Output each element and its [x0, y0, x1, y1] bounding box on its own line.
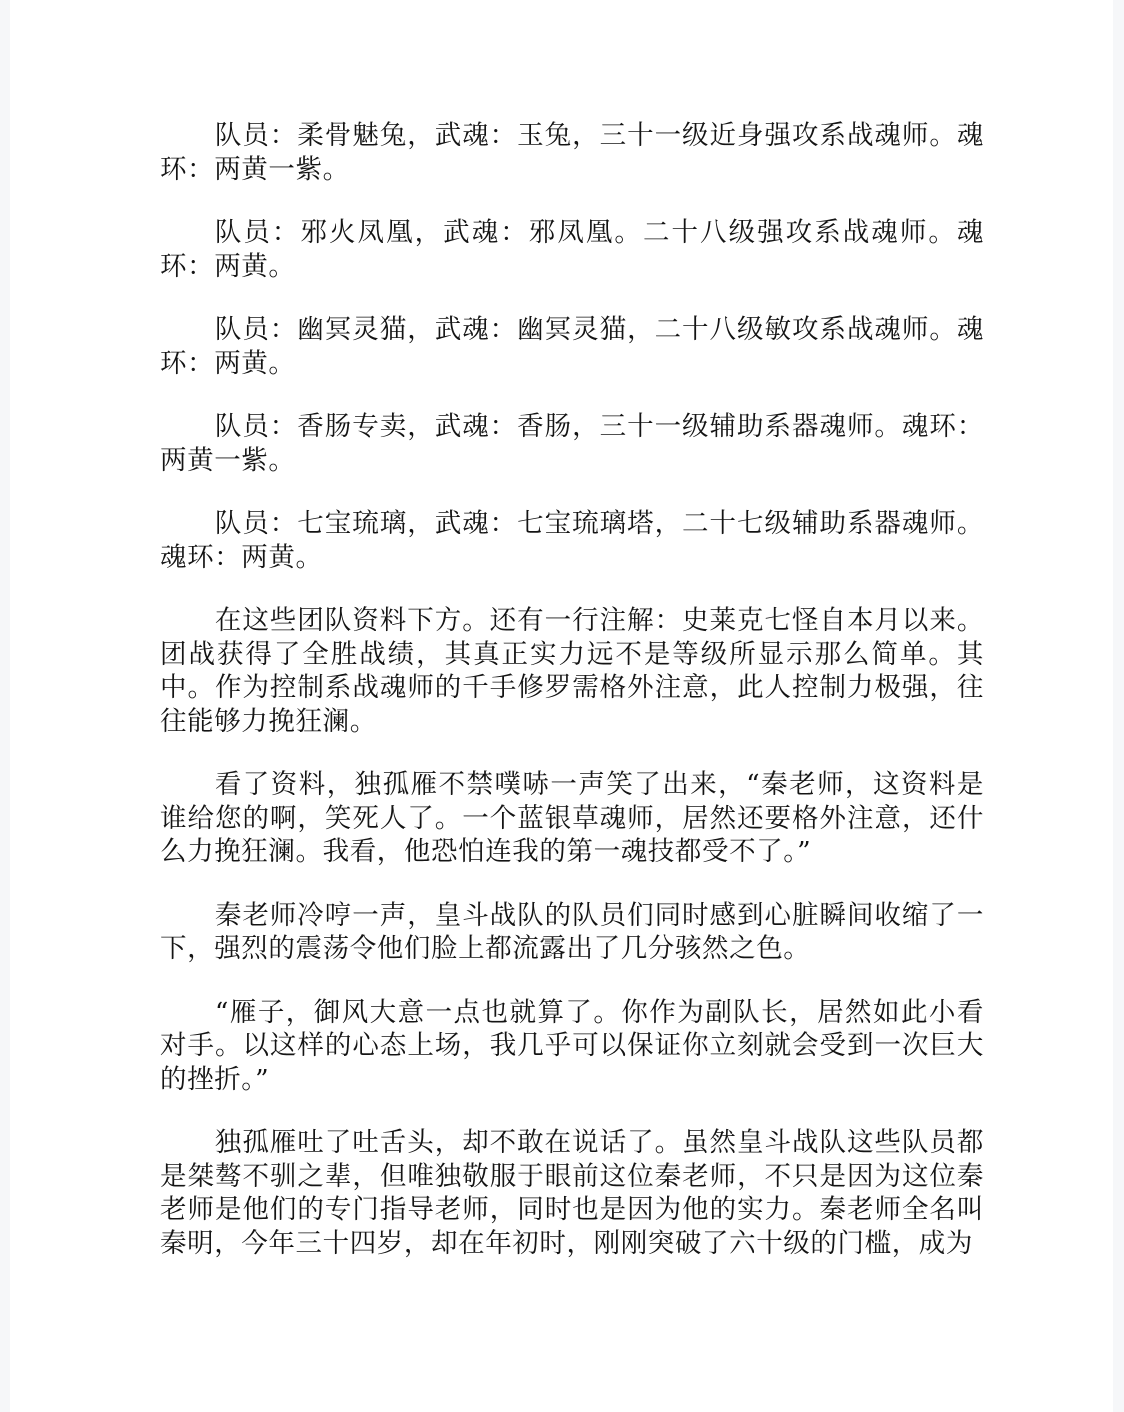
- document-page: 队员：柔骨魅兔，武魂：玉兔，三十一级近身强攻系战魂师。魂环：两黄一紫。 队员：邪…: [10, 0, 1113, 1412]
- paragraph-member-xiang-chang-zhuan-mai: 队员：香肠专卖，武魂：香肠，三十一级辅助系器魂师。魂环：两黄一紫。: [160, 410, 984, 477]
- paragraph-team-note: 在这些团队资料下方。还有一行注解：史莱克七怪自本月以来。团战获得了全胜战绩，其真…: [160, 604, 984, 738]
- paragraph-teacher-qin-snorts: 秦老师冷哼一声，皇斗战队的队员们同时感到心脏瞬间收缩了一下，强烈的震荡令他们脸上…: [160, 899, 984, 966]
- paragraph-dugu-yan-laughs: 看了资料，独孤雁不禁噗哧一声笑了出来，“秦老师，这资料是谁给您的啊，笑死人了。一…: [160, 768, 984, 869]
- paragraph-member-rou-gu-mei-tu: 队员：柔骨魅兔，武魂：玉兔，三十一级近身强攻系战魂师。魂环：两黄一紫。: [160, 119, 984, 186]
- paragraph-member-xie-huo-feng-huang: 队员：邪火凤凰，武魂：邪凤凰。二十八级强攻系战魂师。魂环：两黄。: [160, 216, 984, 283]
- paragraph-member-qi-bao-liu-li: 队员：七宝琉璃，武魂：七宝琉璃塔，二十七级辅助系器魂师。魂环：两黄。: [160, 507, 984, 574]
- paragraph-qin-ming-background: 独孤雁吐了吐舌头，却不敢在说话了。虽然皇斗战队这些队员都是桀骜不驯之辈，但唯独敬…: [160, 1126, 984, 1260]
- paragraph-member-you-ming-ling-mao: 队员：幽冥灵猫，武魂：幽冥灵猫，二十八级敏攻系战魂师。魂环：两黄。: [160, 313, 984, 380]
- document-body: 队员：柔骨魅兔，武魂：玉兔，三十一级近身强攻系战魂师。魂环：两黄一紫。 队员：邪…: [160, 119, 984, 1290]
- paragraph-teacher-qin-warning: “雁子，御风大意一点也就算了。你作为副队长，居然如此小看对手。以这样的心态上场，…: [160, 996, 984, 1097]
